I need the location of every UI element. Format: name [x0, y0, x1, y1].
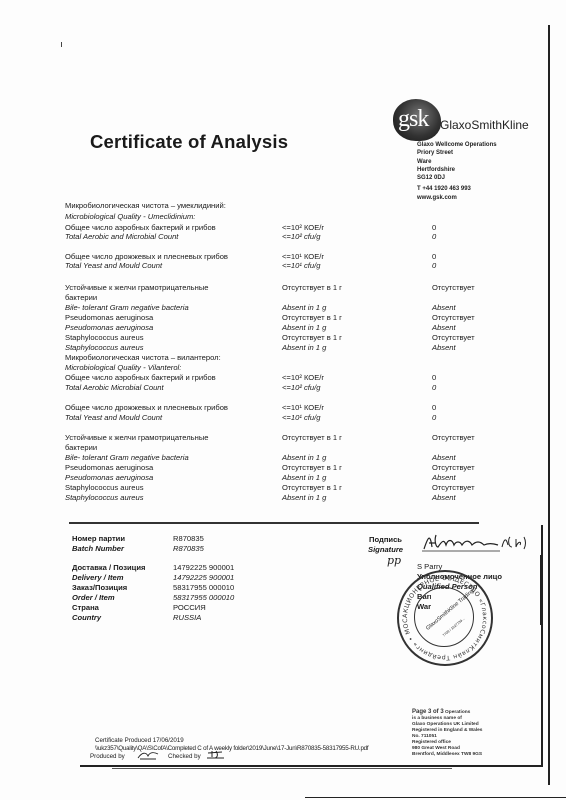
checked-by-label: Checked by — [168, 752, 201, 761]
footer-line — [112, 768, 452, 769]
spec-ru: Отсутствует в 1 г — [282, 333, 342, 342]
spec-en: <=10² cfu/g — [282, 383, 320, 392]
produced-by-initials-icon — [136, 750, 160, 760]
spec-ru: Отсутствует в 1 г — [282, 283, 342, 292]
spec-ru: <=10¹ КОЕ/г — [282, 403, 324, 412]
spec-ru: Отсутствует в 1 г — [282, 483, 342, 492]
footer-box-border-right — [541, 525, 543, 765]
scan-speck — [61, 42, 62, 47]
order-label-ru: Заказ/Позиция — [72, 583, 127, 592]
result-ru: Отсутствует — [432, 283, 475, 292]
result-ru: 0 — [432, 373, 436, 382]
result-ru: Отсутствует — [432, 433, 475, 442]
company-name: GlaxoSmithKline — [440, 118, 529, 132]
test-name-ru-2: бактерии — [65, 293, 97, 302]
spec-en: <=10¹ cfu/g — [282, 261, 320, 270]
test-name-en: Bile- tolerant Gram negative bacteria — [65, 453, 189, 462]
batch-value-en: R870835 — [173, 544, 204, 553]
test-name-ru: Staphylococcus aureus — [65, 333, 144, 342]
pp-initials: pp — [387, 556, 401, 565]
result-en: Absent — [432, 473, 456, 482]
company-address: Glaxo Wellcome Operations Priory Street … — [417, 141, 497, 182]
country-value-ru: РОССИЯ — [173, 603, 206, 612]
company-contact: T +44 1920 463 993 www.gsk.com — [417, 185, 471, 202]
company-website[interactable]: www.gsk.com — [417, 194, 471, 203]
country-label-en: Country — [72, 613, 101, 622]
result-en: Absent — [432, 343, 456, 352]
section-heading-ru: Микробиологическая чистота – вилантерол: — [65, 353, 221, 362]
test-name-ru: Общее число аэробных бактерий и грибов — [65, 223, 216, 232]
order-value-en: 58317955 000010 — [173, 593, 234, 602]
result-ru: Отсутствует — [432, 333, 475, 342]
result-ru: 0 — [432, 252, 436, 261]
page-number: Page 3 of 3 — [412, 709, 444, 715]
order-value-ru: 58317955 000010 — [173, 583, 234, 592]
test-name-ru: Общее число аэробных бактерий и грибов — [65, 373, 216, 382]
spec-en: <=10¹ cfu/g — [282, 413, 320, 422]
page-border-right — [548, 25, 550, 785]
spec-ru: Отсутствует в 1 г — [282, 313, 342, 322]
result-en: Absent — [432, 493, 456, 502]
result-ru: 0 — [432, 223, 436, 232]
result-en: 0 — [432, 261, 436, 270]
test-name-ru: Pseudomonas aeruginosa — [65, 313, 153, 322]
country-label-ru: Страна — [72, 603, 99, 612]
address-line: SG12 0DJ — [417, 174, 497, 182]
result-en: 0 — [432, 232, 436, 241]
checked-by-initials-icon — [206, 749, 226, 760]
test-name-en: Staphylococcus aureus — [65, 343, 144, 352]
spec-ru: <=10² КОЕ/г — [282, 223, 324, 232]
logo-text: gsk — [398, 106, 428, 133]
test-name-en: Total Yeast and Mould Count — [65, 413, 162, 422]
test-name-en: Pseudomonas aeruginosa — [65, 473, 153, 482]
test-name-ru: Устойчивые к желчи грамотрицательные — [65, 283, 209, 292]
test-name-ru: Общее число дрожжевых и плесневых грибов — [65, 403, 228, 412]
page-title: Certificate of Analysis — [90, 131, 288, 153]
country-value-en: RUSSIA — [173, 613, 201, 622]
batch-label-en: Batch Number — [72, 544, 124, 553]
delivery-label-en: Delivery / Item — [72, 573, 124, 582]
spec-en: Absent in 1 g — [282, 453, 326, 462]
section-divider — [69, 522, 479, 524]
spec-en: Absent in 1 g — [282, 323, 326, 332]
page-bottom-line — [305, 797, 566, 798]
test-name-en: Total Aerobic Microbial Count — [65, 383, 164, 392]
order-label-en: Order / Item — [72, 593, 115, 602]
spec-ru: <=10² КОЕ/г — [282, 373, 324, 382]
spec-en: Absent in 1 g — [282, 303, 326, 312]
test-name-ru: Pseudomonas aeruginosa — [65, 463, 153, 472]
test-name-en: Total Aerobic and Microbial Count — [65, 232, 178, 241]
signature-label-ru: Подпись — [369, 535, 402, 544]
address-line: Glaxo Wellcome Operations — [417, 141, 497, 149]
batch-value-ru: R870835 — [173, 534, 204, 543]
result-en: Absent — [432, 453, 456, 462]
test-name-ru: Общее число дрожжевых и плесневых грибов — [65, 252, 228, 261]
address-line: Priory Street — [417, 149, 497, 157]
result-en: Absent — [432, 303, 456, 312]
test-name-ru: Устойчивые к желчи грамотрицательные — [65, 433, 209, 442]
test-name-en: Total Yeast and Mould Count — [65, 261, 162, 270]
handwritten-signature-icon — [420, 531, 540, 553]
section-heading-en: Microbiological Quality - Umeclidinium: — [65, 212, 195, 221]
result-ru: Отсутствует — [432, 313, 475, 322]
spec-en: Absent in 1 g — [282, 473, 326, 482]
signature-box-line — [540, 555, 541, 625]
test-name-en: Staphylococcus aureus — [65, 493, 144, 502]
result-ru: Отсутствует — [432, 463, 475, 472]
spec-ru: Отсутствует в 1 г — [282, 463, 342, 472]
company-phone: T +44 1920 463 993 — [417, 185, 471, 194]
spec-en: Absent in 1 g — [282, 493, 326, 502]
delivery-value-en: 14792225 900001 — [173, 573, 234, 582]
test-name-ru-2: бактерии — [65, 443, 97, 452]
signature-label-en: Signature — [368, 545, 403, 554]
batch-label-ru: Номер партии — [72, 534, 125, 543]
result-ru: Отсутствует — [432, 483, 475, 492]
delivery-label-ru: Доставка / Позиция — [72, 563, 145, 572]
produced-by-label: Produced by — [90, 752, 125, 761]
address-line: Hertfordshire — [417, 166, 497, 174]
spec-ru: Отсутствует в 1 г — [282, 433, 342, 442]
result-en: 0 — [432, 413, 436, 422]
result-ru: 0 — [432, 403, 436, 412]
footer-box-border-bottom — [80, 765, 543, 767]
spec-en: Absent in 1 g — [282, 343, 326, 352]
test-name-ru: Staphylococcus aureus — [65, 483, 144, 492]
company-legal-info: Page 3 of 3 Operations is a business nam… — [412, 709, 482, 758]
legal-line: Operations — [445, 710, 470, 715]
test-name-en: Bile- tolerant Gram negative bacteria — [65, 303, 189, 312]
address-line: Ware — [417, 158, 497, 166]
test-name-en: Pseudomonas aeruginosa — [65, 323, 153, 332]
section-heading-en: Microbiological Quality - Vilanterol: — [65, 363, 181, 372]
section-heading-ru: Микробиологическая чистота – умеклидиний… — [65, 201, 226, 210]
result-en: 0 — [432, 383, 436, 392]
result-en: Absent — [432, 323, 456, 332]
delivery-value-ru: 14792225 900001 — [173, 563, 234, 572]
legal-line: Brentford, Middlesex TW8 9GS — [412, 752, 482, 758]
spec-en: <=10² cfu/g — [282, 232, 320, 241]
spec-ru: <=10¹ КОЕ/г — [282, 252, 324, 261]
